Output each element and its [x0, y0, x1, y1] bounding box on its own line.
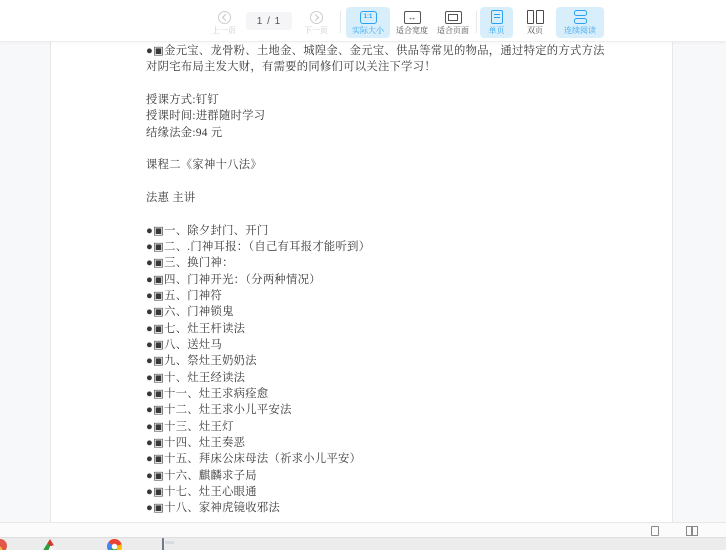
window-app-icon[interactable] — [162, 538, 164, 550]
statusbar-facing-pages-icon[interactable] — [686, 526, 698, 536]
document-line: ●▣金元宝、龙骨粉、土地金、城隍金、金元宝、供品等常见的物品，通过特定的方式方法 — [146, 43, 616, 59]
document-line: ●▣二、.门神耳报：（自己有耳报才能听到） — [146, 239, 616, 255]
document-line: ●▣一、除夕封门、开门 — [146, 223, 616, 239]
document-line: ●▣四、门神开光：（分两种情况） — [146, 272, 616, 288]
document-line: ●▣十四、灶王奏恶 — [146, 435, 616, 451]
document-line — [146, 76, 616, 92]
double-page-label: 双页 — [527, 27, 543, 35]
document-line: ●▣十八、家神虎镜收邪法 — [146, 500, 616, 516]
document-line: ●▣十五、拜床公床母法（祈求小儿平安） — [146, 451, 616, 467]
page-indicator: 1 / 1 — [246, 12, 292, 30]
document-line: 课程二《家神十八法》 — [146, 157, 616, 173]
fit-page-icon — [445, 11, 462, 24]
actual-size-icon: 1:1 — [360, 11, 377, 24]
continuous-read-icon — [574, 10, 587, 24]
document-line: ●▣十一、灶王求病痊愈 — [146, 386, 616, 402]
document-line: ●▣七、灶王杆读法 — [146, 321, 616, 337]
taskbar-app-icon[interactable] — [42, 539, 58, 550]
document-line: 授课时间:进群随时学习 — [146, 108, 616, 124]
status-bar — [0, 522, 726, 537]
desktop-taskbar — [0, 537, 726, 550]
document-line: 法惠 主讲 — [146, 190, 616, 206]
document-line — [146, 141, 616, 157]
fit-page-label: 适合页面 — [437, 27, 469, 35]
single-page-button[interactable]: 单页 — [480, 7, 513, 38]
document-line: ●▣十三、灶王灯 — [146, 419, 616, 435]
prev-page-label: 上一页 — [212, 27, 236, 35]
fit-page-button[interactable]: 适合页面 — [433, 7, 473, 38]
document-line: ●▣十二、灶王求小儿平安法 — [146, 402, 616, 418]
continuous-read-label: 连续阅读 — [564, 27, 596, 35]
chevron-right-circle-icon — [310, 11, 323, 24]
document-line: ●▣六、门神锁鬼 — [146, 304, 616, 320]
document-line: ●▣八、送灶马 — [146, 337, 616, 353]
double-page-button[interactable]: 双页 — [518, 7, 552, 38]
document-line: ●▣三、换门神： — [146, 255, 616, 271]
document-line — [146, 206, 616, 222]
chevron-left-circle-icon — [218, 11, 231, 24]
document-line: ●▣十七、灶王心眼通 — [146, 484, 616, 500]
browser-icon[interactable] — [107, 539, 122, 550]
actual-size-label: 实际大小 — [352, 27, 384, 35]
document-line: ●▣五、门神符 — [146, 288, 616, 304]
fit-width-label: 适合宽度 — [396, 27, 428, 35]
next-page-button[interactable]: 下一页 — [299, 7, 333, 38]
document-line: ●▣十六、麒麟求子局 — [146, 468, 616, 484]
double-page-icon — [527, 10, 544, 24]
single-page-label: 单页 — [489, 27, 505, 35]
document-line: 授课方式:钉钉 — [146, 92, 616, 108]
document-lines: ●▣金元宝、龙骨粉、土地金、城隍金、金元宝、供品等常见的物品，通过特定的方式方法… — [146, 43, 616, 517]
document-page: ●▣金元宝、龙骨粉、土地金、城隍金、金元宝、供品等常见的物品，通过特定的方式方法… — [50, 42, 673, 522]
single-page-icon — [491, 10, 503, 24]
toolbar-divider — [476, 11, 477, 33]
taskbar-app-icon[interactable] — [0, 539, 7, 550]
fit-width-icon — [404, 11, 421, 24]
document-line: ●▣九、祭灶王奶奶法 — [146, 353, 616, 369]
document-line: ●▣十、灶王经读法 — [146, 370, 616, 386]
actual-size-button[interactable]: 1:1 实际大小 — [346, 7, 390, 38]
toolbar-divider — [340, 11, 341, 33]
document-line — [146, 174, 616, 190]
viewer-toolbar: 上一页 1 / 1 下一页 1:1 实际大小 适合宽度 适合页面 单页 双页 连… — [0, 0, 726, 42]
document-line: 对阴宅布局主发大财，有需要的同修们可以关注下学习！ — [146, 59, 616, 75]
document-viewport[interactable]: ●▣金元宝、龙骨粉、土地金、城隍金、金元宝、供品等常见的物品，通过特定的方式方法… — [0, 42, 726, 522]
next-page-label: 下一页 — [304, 27, 328, 35]
prev-page-button[interactable]: 上一页 — [207, 7, 241, 38]
statusbar-single-page-icon[interactable] — [651, 526, 659, 536]
continuous-read-button[interactable]: 连续阅读 — [556, 7, 604, 38]
fit-width-button[interactable]: 适合宽度 — [392, 7, 432, 38]
document-line: 结缘法金:94 元 — [146, 125, 616, 141]
